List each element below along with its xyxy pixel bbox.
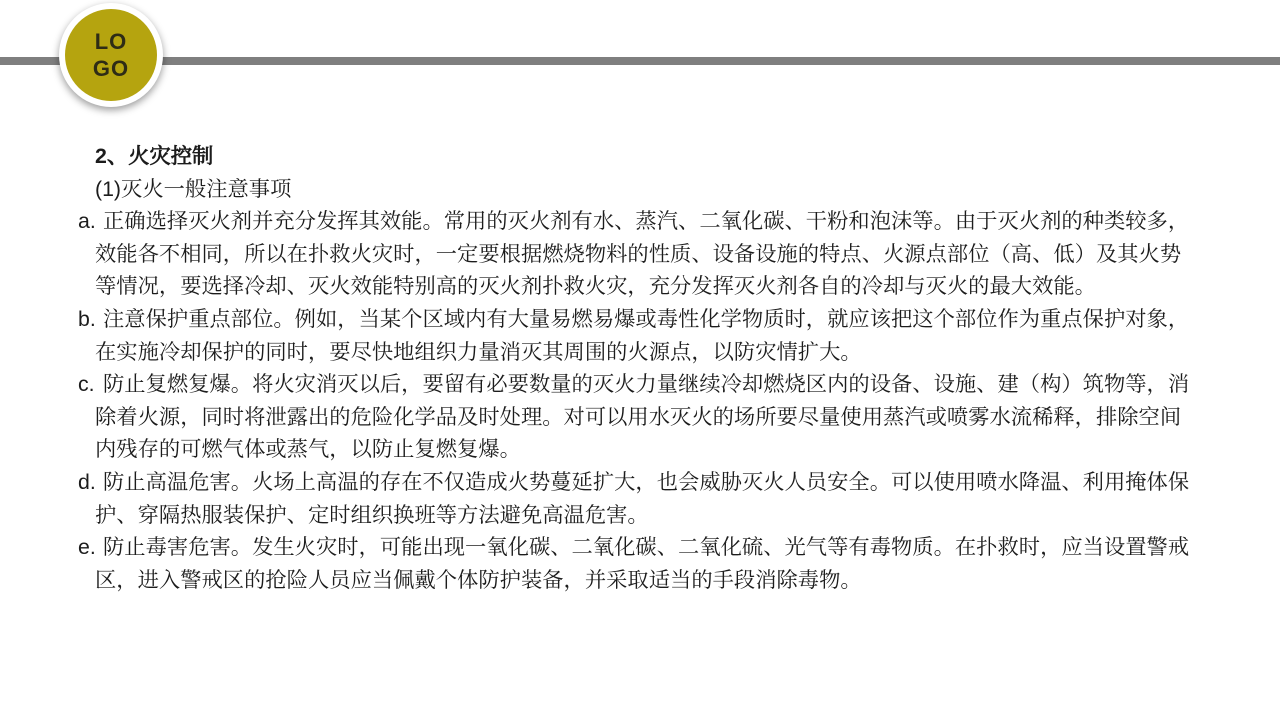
list-item-marker: e. <box>78 531 103 564</box>
list-item: d.防止高温危害。火场上高温的存在不仅造成火势蔓延扩大，也会威胁灭火人员安全。可… <box>95 466 1190 531</box>
list-item: b.注意保护重点部位。例如，当某个区域内有大量易燃易爆或毒性化学物质时，就应该把… <box>95 303 1190 368</box>
list-item-text: 防止高温危害。火场上高温的存在不仅造成火势蔓延扩大，也会威胁灭火人员安全。可以使… <box>95 470 1189 527</box>
logo-text-line2: GO <box>93 55 129 82</box>
header-divider-line <box>0 57 1280 65</box>
slide-text-block: 2、火灾控制 (1)灭火一般注意事项 a.正确选择灭火剂并充分发挥其效能。常用的… <box>95 140 1190 596</box>
subsection-heading: (1)灭火一般注意事项 <box>95 173 1190 206</box>
list-item-text: 防止毒害危害。发生火灾时，可能出现一氧化碳、二氧化碳、二氧化硫、光气等有毒物质。… <box>95 535 1189 592</box>
bullet-list: a.正确选择灭火剂并充分发挥其效能。常用的灭火剂有水、蒸汽、二氧化碳、干粉和泡沫… <box>95 205 1190 596</box>
list-item-marker: a. <box>78 205 103 238</box>
list-item: c.防止复燃复爆。将火灾消灭以后，要留有必要数量的灭火力量继续冷却燃烧区内的设备… <box>95 368 1190 466</box>
logo-circle: LO GO <box>65 9 157 101</box>
logo-text-line1: LO <box>95 28 128 55</box>
list-item-marker: d. <box>78 466 103 499</box>
list-item: e.防止毒害危害。发生火灾时，可能出现一氧化碳、二氧化碳、二氧化硫、光气等有毒物… <box>95 531 1190 596</box>
section-heading: 2、火灾控制 <box>95 140 1190 173</box>
slide: LO GO 2、火灾控制 (1)灭火一般注意事项 a.正确选择灭火剂并充分发挥其… <box>0 0 1280 720</box>
list-item-text: 防止复燃复爆。将火灾消灭以后，要留有必要数量的灭火力量继续冷却燃烧区内的设备、设… <box>95 372 1189 461</box>
list-item-text: 注意保护重点部位。例如，当某个区域内有大量易燃易爆或毒性化学物质时，就应该把这个… <box>95 307 1189 364</box>
list-item-text: 正确选择灭火剂并充分发挥其效能。常用的灭火剂有水、蒸汽、二氧化碳、干粉和泡沫等。… <box>95 209 1189 298</box>
logo-badge: LO GO <box>59 3 163 107</box>
list-item-marker: c. <box>78 368 103 401</box>
list-item: a.正确选择灭火剂并充分发挥其效能。常用的灭火剂有水、蒸汽、二氧化碳、干粉和泡沫… <box>95 205 1190 303</box>
list-item-marker: b. <box>78 303 103 336</box>
